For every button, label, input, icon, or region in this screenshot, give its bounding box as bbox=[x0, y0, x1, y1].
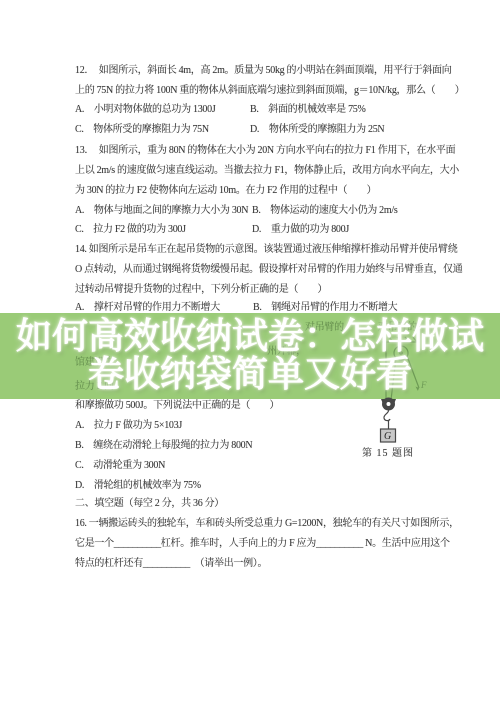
doc-line-text: 13． 如图所示，重为 80N 的物体在大小为 20N 方向水平向右的拉力 F1… bbox=[75, 145, 455, 157]
doc-line-text: 为 30N 的拉力 F2 使物体向左运动 10m。在力 F2 作用的过程中（ ） bbox=[75, 185, 376, 197]
doc-line-text: D. 滑轮组的机械效率为 75% bbox=[75, 480, 201, 492]
doc-line-text: C. 拉力 F2 做的功为 300J bbox=[75, 224, 186, 236]
doc-line: 16. 一辆搬运砖头的独轮车，车和砖头所受总重力 G=1200N，独轮车的有关尺… bbox=[0, 518, 500, 531]
doc-line: C. 物体所受的摩擦阻力为 75ND. 物体所受的摩擦阻力为 25N bbox=[0, 124, 500, 137]
weight-g-label: G bbox=[384, 431, 391, 442]
doc-line: 二、填空题（每空 2 分，共 36 分） bbox=[0, 498, 500, 511]
banner-title-line1: 如何高效收纳试卷：怎样做试 bbox=[16, 318, 484, 356]
doc-line: 14. 如图所示是吊车正在起吊货物的示意图。该装置通过液压伸缩撑杆推动吊臂并使吊… bbox=[0, 244, 500, 257]
doc-line-text: 上以 2m/s 的速度做匀速直线运动。当撤去拉力 F1，物体静止后，改用方向水平… bbox=[75, 165, 459, 177]
doc-line: 上以 2m/s 的速度做匀速直线运动。当撤去拉力 F1，物体静止后，改用方向水平… bbox=[0, 165, 500, 178]
doc-line: C. 动滑轮重为 300N bbox=[0, 460, 500, 473]
doc-line-text-col2: B. 斜面的机械效率是 75% bbox=[250, 104, 366, 116]
doc-line: 它是一个__________杠杆。推车时，人手向上的力 F 应为________… bbox=[0, 538, 500, 551]
doc-line: D. 滑轮组的机械效率为 75% bbox=[0, 480, 500, 493]
doc-line-text: 它是一个__________杠杆。推车时，人手向上的力 F 应为________… bbox=[75, 538, 450, 550]
doc-line-text: A. 物体与地面之间的摩擦力大小为 30N bbox=[75, 205, 248, 217]
doc-line: A. 物体与地面之间的摩擦力大小为 30NB. 物体运动的速度大小仍为 2m/s bbox=[0, 205, 500, 218]
doc-line: O 点转动，从而通过钢绳将货物缓慢吊起。假设撑杆对吊臂的作用力始终与吊臂垂直，仅… bbox=[0, 264, 500, 277]
doc-line-text: 12． 如图所示，斜面长 4m，高 2m。质量为 50kg 的小明站在斜面顶端，… bbox=[75, 65, 451, 77]
doc-line-text: 和摩擦做功 500J。下列说法中正确的是（ ） bbox=[75, 400, 279, 412]
doc-line-text: 14. 如图所示是吊车正在起吊货物的示意图。该装置通过液压伸缩撑杆推动吊臂并使吊… bbox=[75, 244, 457, 256]
doc-line-text: 过转动吊臂提升货物的过程中，下列分析正确的是（ ） bbox=[75, 284, 327, 296]
doc-line-text: 上的 75N 的拉力将 100N 重的物体从斜面底端匀速拉到斜面顶端，g＝10N… bbox=[75, 85, 464, 97]
doc-line: 13． 如图所示，重为 80N 的物体在大小为 20N 方向水平向右的拉力 F1… bbox=[0, 145, 500, 158]
figure-caption: 第 15 题图 bbox=[362, 444, 414, 459]
doc-line-text: 16. 一辆搬运砖头的独轮车，车和砖头所受总重力 G=1200N，独轮车的有关尺… bbox=[75, 518, 459, 530]
doc-line: 为 30N 的拉力 F2 使物体向左运动 10m。在力 F2 作用的过程中（ ） bbox=[0, 185, 500, 198]
exam-paper-page: 12． 如图所示，斜面长 4m，高 2m。质量为 50kg 的小明站在斜面顶端，… bbox=[0, 0, 500, 707]
doc-line: 12． 如图所示，斜面长 4m，高 2m。质量为 50kg 的小明站在斜面顶端，… bbox=[0, 65, 500, 78]
doc-line-text: A. 小明对物体做的总功为 1300J bbox=[75, 104, 215, 116]
doc-line: C. 拉力 F2 做的功为 300JD. 重力做的功为 800J bbox=[0, 224, 500, 237]
doc-line-text-col2: D. 物体所受的摩擦阻力为 25N bbox=[250, 124, 384, 136]
doc-line-text: B. 缠绕在动滑轮上每股绳的拉力为 800N bbox=[75, 440, 252, 452]
doc-line-text: C. 物体所受的摩擦阻力为 75N bbox=[75, 124, 209, 136]
doc-line-text: C. 动滑轮重为 300N bbox=[75, 460, 165, 472]
doc-line-text-col2: D. 重力做的功为 800J bbox=[252, 224, 349, 236]
banner-title: 如何高效收纳试卷：怎样做试 卷收纳袋简单又好看 bbox=[0, 311, 500, 401]
doc-line-text-col2: B. 物体运动的速度大小仍为 2m/s bbox=[252, 205, 397, 217]
doc-line: 过转动吊臂提升货物的过程中，下列分析正确的是（ ） bbox=[0, 284, 500, 297]
doc-line: 特点的杠杆还有__________ （请举出一例）。 bbox=[0, 558, 500, 571]
doc-line-text: A. 拉力 F 做功为 5×103J bbox=[75, 420, 182, 432]
banner-title-line2: 卷收纳袋简单又好看 bbox=[88, 356, 412, 394]
doc-line-text: 二、填空题（每空 2 分，共 36 分） bbox=[75, 498, 224, 510]
doc-line-text: 特点的杠杆还有__________ （请举出一例）。 bbox=[75, 558, 267, 570]
doc-line-text: O 点转动，从而通过钢绳将货物缓慢吊起。假设撑杆对吊臂的作用力始终与吊臂垂直，仅… bbox=[75, 264, 462, 276]
doc-line: 上的 75N 的拉力将 100N 重的物体从斜面底端匀速拉到斜面顶端，g＝10N… bbox=[0, 85, 500, 98]
doc-line: A. 小明对物体做的总功为 1300JB. 斜面的机械效率是 75% bbox=[0, 104, 500, 117]
